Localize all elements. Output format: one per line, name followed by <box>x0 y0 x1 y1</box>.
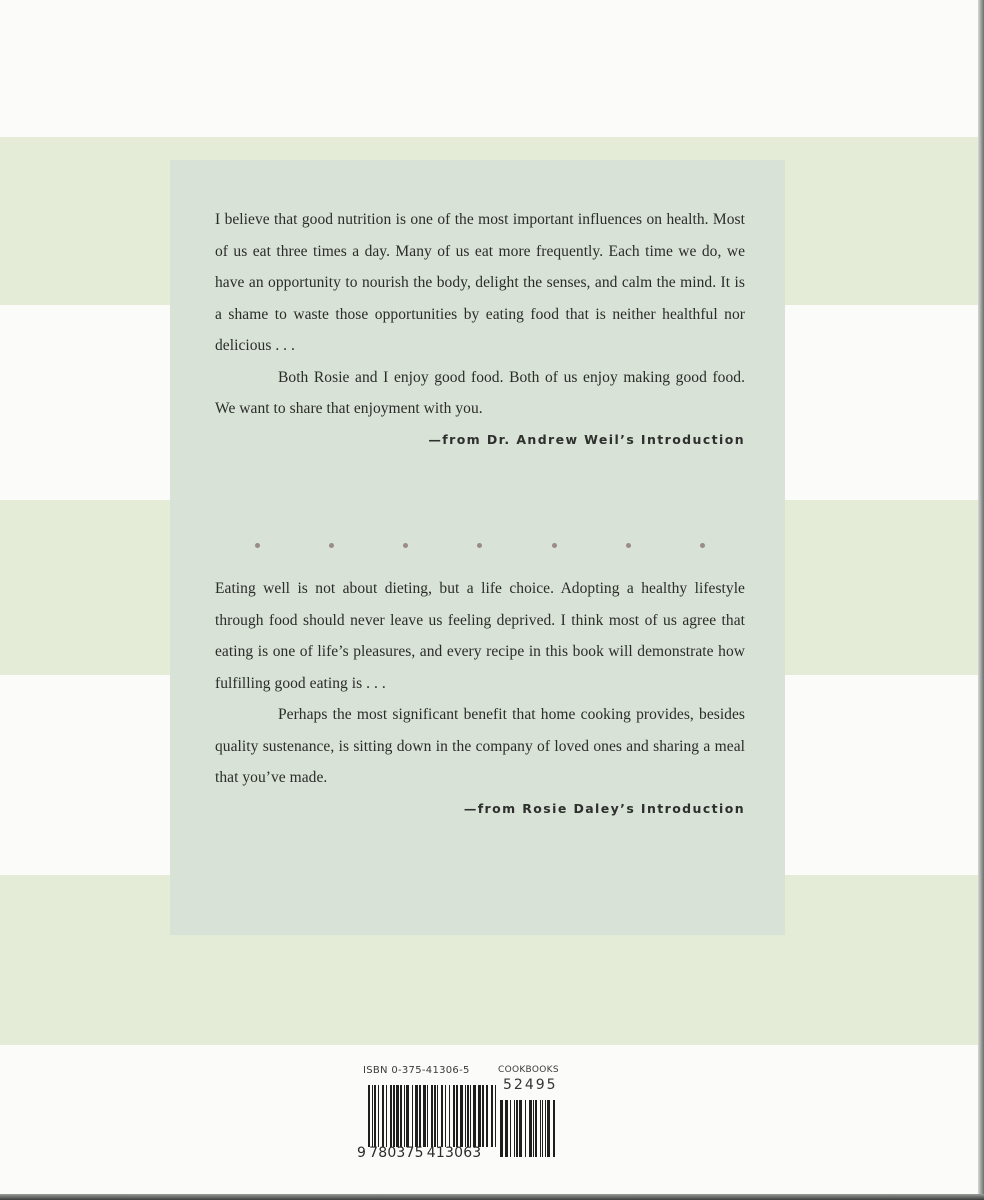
daley-paragraph-1: Eating well is not about dieting, but a … <box>215 573 745 699</box>
ean-prefix: 9 <box>357 1145 366 1161</box>
weil-attribution: —from Dr. Andrew Weil’s Introduction <box>215 427 745 453</box>
daley-quote: Eating well is not about dieting, but a … <box>215 573 745 822</box>
divider-dot <box>329 543 334 548</box>
dot-divider <box>215 543 745 548</box>
price-code: 52495 <box>503 1077 558 1093</box>
divider-dot <box>477 543 482 548</box>
quote-panel: I believe that good nutrition is one of … <box>170 160 785 935</box>
ean-barcode <box>368 1085 498 1147</box>
weil-paragraph-1: I believe that good nutrition is one of … <box>215 204 745 362</box>
scan-edge-bottom <box>0 1194 984 1200</box>
scan-edge-right <box>978 0 984 1200</box>
divider-dot <box>700 543 705 548</box>
daley-paragraph-2: Perhaps the most significant benefit tha… <box>215 699 745 794</box>
divider-dot <box>626 543 631 548</box>
weil-quote: I believe that good nutrition is one of … <box>215 204 745 453</box>
addon-barcode <box>500 1100 560 1157</box>
ean-group-1: 780375 <box>369 1145 424 1161</box>
divider-dot <box>552 543 557 548</box>
divider-dot <box>255 543 260 548</box>
ean-digits: 9780375413063 <box>357 1145 484 1161</box>
daley-attribution: —from Rosie Daley’s Introduction <box>215 796 745 822</box>
weil-paragraph-2: Both Rosie and I enjoy good food. Both o… <box>215 362 745 425</box>
divider-dot <box>403 543 408 548</box>
category-label: COOKBOOKS <box>498 1065 559 1075</box>
ean-group-2: 413063 <box>427 1145 482 1161</box>
isbn-label: ISBN 0-375-41306-5 <box>363 1065 470 1076</box>
